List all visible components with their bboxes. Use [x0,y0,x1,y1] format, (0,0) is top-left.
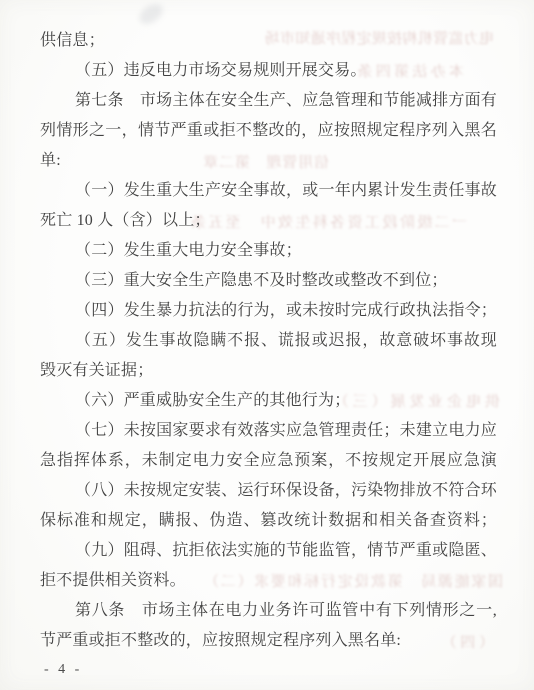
document-line: （三）重大安全生产隐患不及时整改或整改不到位； [40,266,497,296]
document-line: （二）发生重大电力安全事故； [40,236,497,266]
document-line: （八）未按规定安装、运行环保设备，污染物排放不符合环 [40,476,497,506]
document-line: 供信息； [40,26,497,56]
document-line: 拒不提供相关资料。 [40,566,497,596]
document-line: 列情形之一，情节严重或拒不整改的，应按照规定程序列入黑名 [40,116,497,146]
document-line: （六）严重威胁安全生产的其他行为； [40,386,497,416]
document-line: （九）阻碍、抗拒依法实施的节能监管，情节严重或隐匿、 [40,536,497,566]
document-line: （四）发生暴力抗法的行为，或未按时完成行政执法指令； [40,296,497,326]
document-line: 死亡 10 人（含）以上； [40,206,497,236]
page-number: - 4 - [44,662,82,678]
document-line: 第八条 市场主体在电力业务许可监管中有下列情形之一,情 [40,596,497,626]
document-body: 供信息；（五）违反电力市场交易规则开展交易。第七条 市场主体在安全生产、应急管理… [40,26,497,656]
document-line: 节严重或拒不整改的，应按照规定程序列入黑名单: [40,626,497,656]
document-line: （一）发生重大生产安全事故，或一年内累计发生责任事故 [40,176,497,206]
document-line: （五）违反电力市场交易规则开展交易。 [40,56,497,86]
document-line: 第七条 市场主体在安全生产、应急管理和节能减排方面有下 [40,86,497,116]
scanned-document-page: 电力监管机构按规定程序通知市场本办法第四条信用管理 第二章一二级阶段工资各科生效… [0,0,534,690]
document-line: 单: [40,146,497,176]
document-line: （五）发生事故隐瞒不报、谎报或迟报，故意破坏事故现场、 [40,326,497,356]
document-line: （七）未按国家要求有效落实应急管理责任；未建立电力应 [40,416,497,446]
document-line: 急指挥体系，未制定电力安全应急预案，不按规定开展应急演练； [40,446,497,476]
document-line: 保标准和规定，瞒报、伪造、篡改统计数据和相关备查资料； [40,506,497,536]
scan-smudge [136,0,166,28]
document-line: 毁灭有关证据； [40,356,497,386]
